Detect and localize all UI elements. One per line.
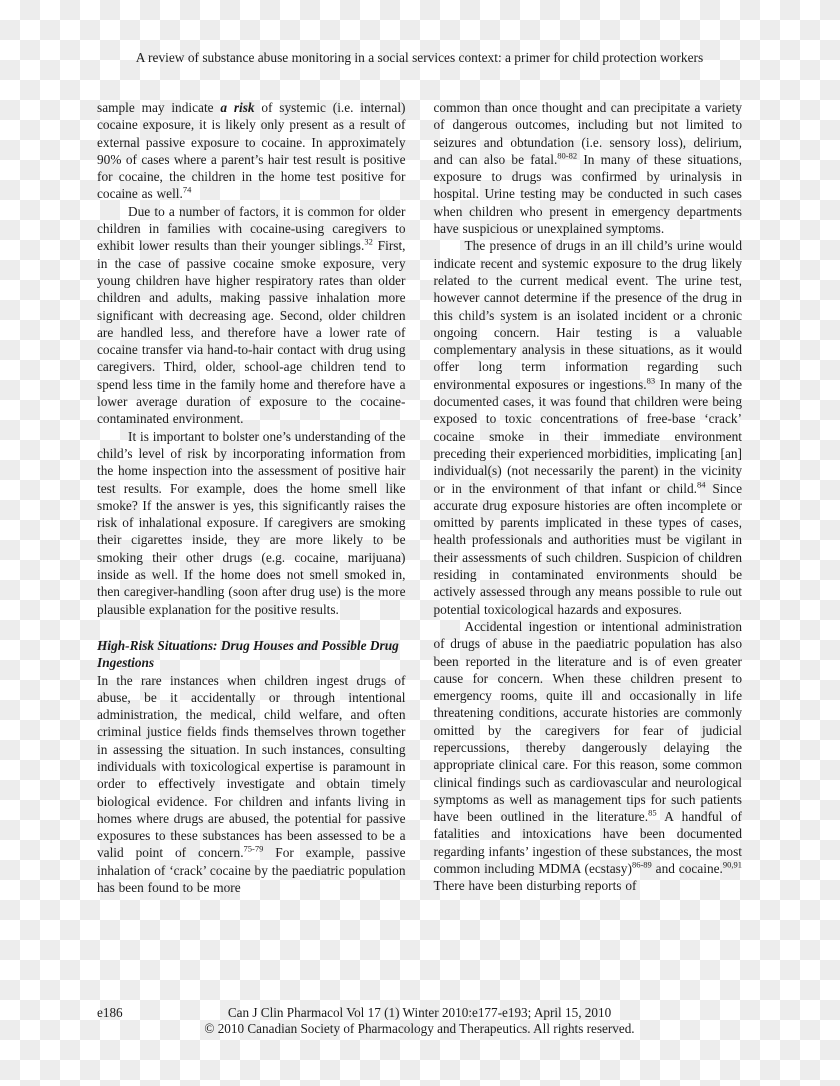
running-head-title: A review of substance abuse monitoring i… [97, 50, 742, 66]
reference-superscript: 32 [364, 237, 373, 247]
left-column: sample may indicate a risk of systemic (… [97, 99, 406, 896]
paragraph: It is important to bolster one’s underst… [97, 428, 406, 618]
section-heading: High-Risk Situations: Drug Houses and Po… [97, 637, 406, 672]
reference-superscript: 85 [648, 808, 657, 818]
reference-superscript: 75-79 [244, 844, 264, 854]
paragraph: In the rare instances when children inge… [97, 672, 406, 897]
reference-superscript: 86-89 [632, 860, 652, 870]
reference-superscript: 83 [647, 375, 656, 385]
footer-page-number: e186 [97, 1005, 123, 1021]
page-footer: e186 Can J Clin Pharmacol Vol 17 (1) Win… [97, 1005, 742, 1036]
reference-superscript: 90,91 [723, 860, 742, 870]
footer-copyright: © 2010 Canadian Society of Pharmacology … [97, 1021, 742, 1037]
footer-citation: Can J Clin Pharmacol Vol 17 (1) Winter 2… [97, 1005, 742, 1021]
reference-superscript: 84 [697, 479, 706, 489]
transparency-checkerboard-background: { "theme": { "checker_white": "#ffffff",… [0, 0, 840, 1086]
reference-superscript: 80-82 [557, 150, 577, 160]
emphasized-text: a risk [220, 100, 254, 115]
paragraph: Due to a number of factors, it is common… [97, 203, 406, 428]
paragraph: Accidental ingestion or intentional admi… [434, 618, 743, 895]
journal-page: A review of substance abuse monitoring i… [0, 0, 840, 1086]
two-column-text-block: sample may indicate a risk of systemic (… [97, 99, 742, 896]
right-column: common than once thought and can precipi… [434, 99, 743, 896]
reference-superscript: 74 [183, 185, 192, 195]
paragraph: The presence of drugs in an ill child’s … [434, 237, 743, 618]
paragraph: common than once thought and can precipi… [434, 99, 743, 237]
paragraph: sample may indicate a risk of systemic (… [97, 99, 406, 203]
